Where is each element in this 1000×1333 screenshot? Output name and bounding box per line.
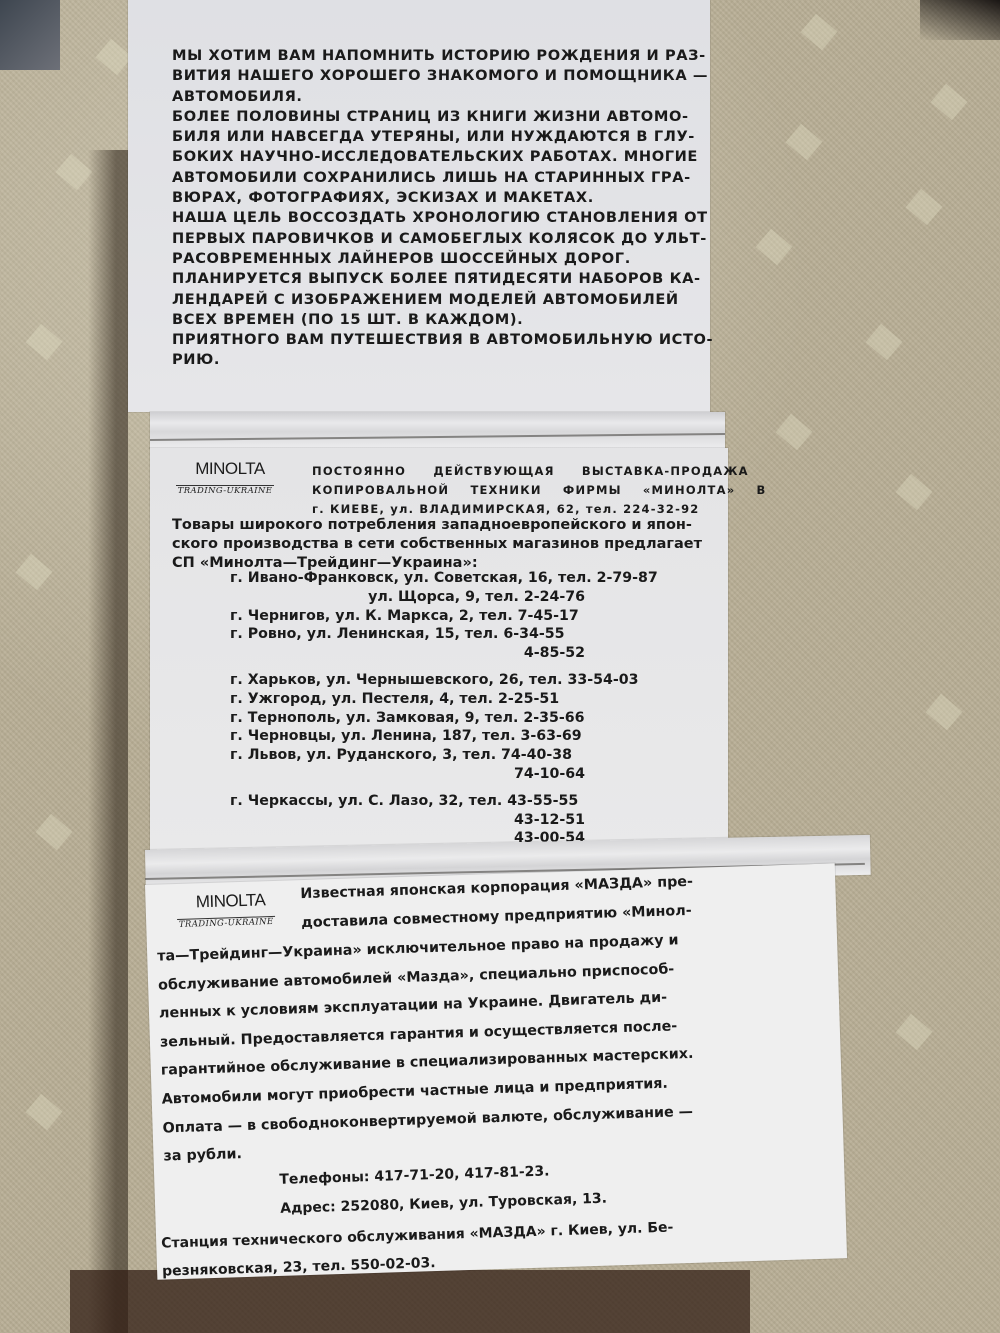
service-station: Станция технического обслуживания «МАЗДА… [161,1214,675,1286]
logo-subtitle: TRADING-UKRAINE [177,916,276,930]
mazda-contacts: Телефоны: 417-71-20, 417-81-23. Адрес: 2… [279,1156,608,1224]
minolta-logo: MINOLTA TRADING-UKRAINE [170,890,291,931]
logo-brand: MINOLTA [170,890,291,912]
mazda-body-text: та—Трейдинг—Украина» исключительное прав… [157,923,794,1171]
